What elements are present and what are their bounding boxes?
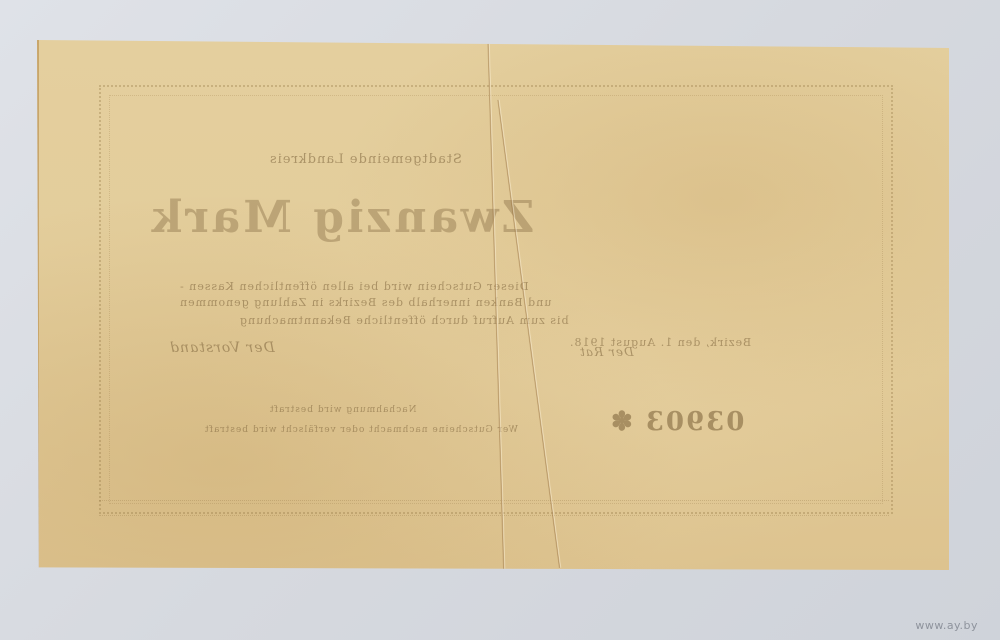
fine-print-2: Wer Gutscheine nachmacht oder verfälscht… [204,425,518,435]
paragraph-line-3: bis zum Aufruf durch öffentliche Bekannt… [239,314,569,327]
banknote-photo: Stadtgemeinde Landkreis Zwanzig Mark Die… [37,40,949,570]
denomination-title: Zwanzig Mark [149,192,534,243]
paragraph-line-1: Dieser Gutschein wird bei allen öffentli… [179,280,529,293]
site-watermark: www.ay.by [915,619,978,632]
star-ornament-icon: ✽ [609,407,633,437]
header-line: Stadtgemeinde Landkreis [269,152,462,167]
serial-number: 03903 ✽ [609,407,744,437]
bottom-ornament-band [99,500,889,516]
serial-number-value: 03903 [644,407,744,437]
fine-print-1: Nachahmung wird bestraft [269,405,416,415]
signature-left: Der Vorstand [169,340,275,356]
signature-right: Der Rat [579,345,634,359]
